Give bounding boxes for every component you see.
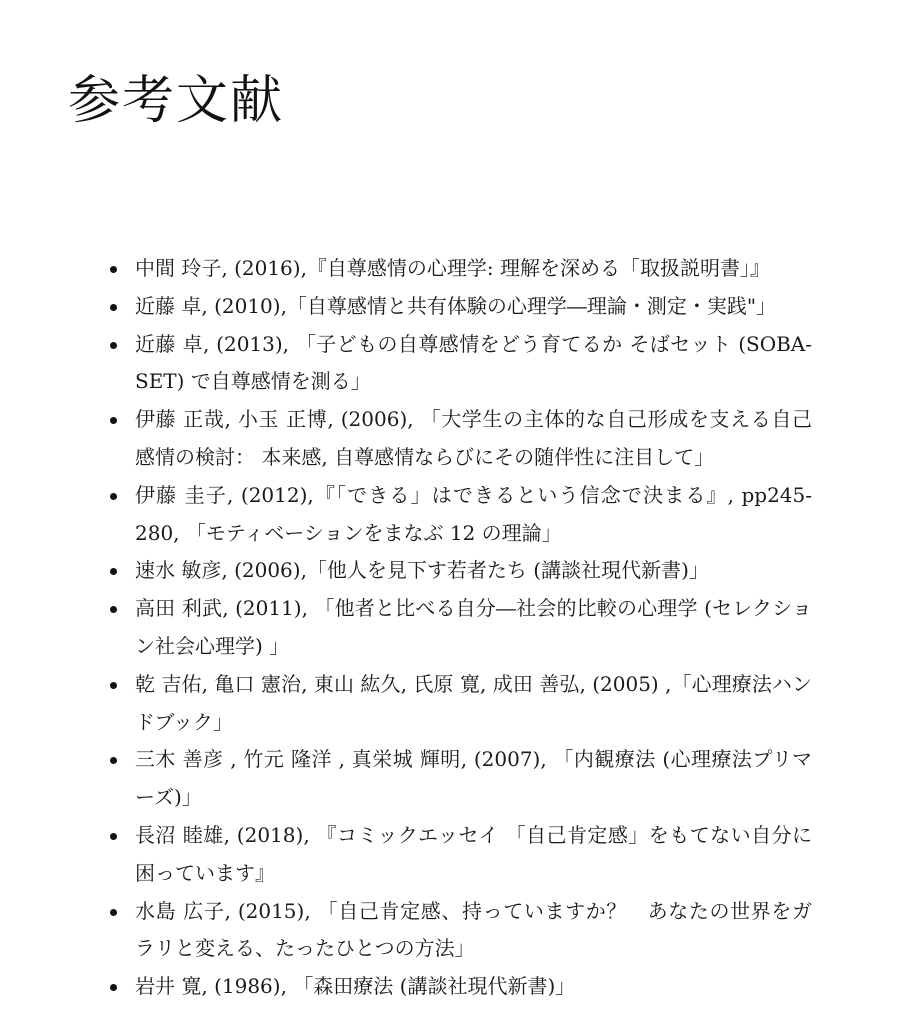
reference-text: 中間 玲子, (2016),『自尊感情の心理学: 理解を深める「取扱説明書」』	[135, 256, 770, 280]
reference-text: 伊藤 正哉, 小玉 正博, (2006), 「大学生の主体的な自己形成を支える自…	[135, 407, 812, 469]
list-item: 乾 吉佑, 亀口 憲治, 東山 紘久, 氏原 寛, 成田 善弘, (2005) …	[106, 666, 812, 742]
reference-text: 長沼 睦雄, (2018), 『コミックエッセイ 「自己肯定感」をもてない自分に…	[135, 823, 812, 885]
reference-list: 中間 玲子, (2016),『自尊感情の心理学: 理解を深める「取扱説明書」』 …	[106, 250, 812, 1006]
list-item: 三木 善彦 , 竹元 隆洋 , 真栄城 輝明, (2007), 「内観療法 (心…	[106, 741, 812, 817]
list-item: 速水 敏彦, (2006),「他人を見下す若者たち (講談社現代新書)」	[106, 552, 812, 590]
list-item: 伊藤 圭子, (2012),『「できる」はできるという信念で決まる』, pp24…	[106, 477, 812, 553]
bullet-icon	[110, 909, 117, 916]
reference-text: 速水 敏彦, (2006),「他人を見下す若者たち (講談社現代新書)」	[135, 558, 709, 582]
bullet-icon	[110, 833, 117, 840]
list-item: 高田 利武, (2011), 「他者と比べる自分―社会的比較の心理学 (セレクシ…	[106, 590, 812, 666]
list-item: 伊藤 正哉, 小玉 正博, (2006), 「大学生の主体的な自己形成を支える自…	[106, 401, 812, 477]
reference-text: 乾 吉佑, 亀口 憲治, 東山 紘久, 氏原 寛, 成田 善弘, (2005) …	[135, 672, 812, 734]
reference-text: 水島 広子, (2015), 「自己肯定感、持っていますか？ あなたの世界をガラ…	[135, 899, 812, 961]
bullet-icon	[110, 682, 117, 689]
reference-text: 近藤 卓, (2010),「自尊感情と共有体験の心理学―理論・測定・実践"」	[135, 294, 776, 318]
list-item: 近藤 卓, (2013), 「子どもの自尊感情をどう育てるか そばセット (SO…	[106, 326, 812, 402]
bullet-icon	[110, 342, 117, 349]
reference-text: 高田 利武, (2011), 「他者と比べる自分―社会的比較の心理学 (セレクシ…	[135, 596, 812, 658]
reference-text: 伊藤 圭子, (2012),『「できる」はできるという信念で決まる』, pp24…	[135, 483, 812, 545]
reference-text: 三木 善彦 , 竹元 隆洋 , 真栄城 輝明, (2007), 「内観療法 (心…	[135, 747, 812, 809]
document-page: 参考文献 中間 玲子, (2016),『自尊感情の心理学: 理解を深める「取扱説…	[0, 0, 917, 1024]
list-item: 水島 広子, (2015), 「自己肯定感、持っていますか？ あなたの世界をガラ…	[106, 893, 812, 969]
list-item: 近藤 卓, (2010),「自尊感情と共有体験の心理学―理論・測定・実践"」	[106, 288, 812, 326]
list-item: 岩井 寛, (1986), 「森田療法 (講談社現代新書)」	[106, 968, 812, 1006]
bullet-icon	[110, 568, 117, 575]
bullet-icon	[110, 304, 117, 311]
bullet-icon	[110, 493, 117, 500]
reference-text: 近藤 卓, (2013), 「子どもの自尊感情をどう育てるか そばセット (SO…	[135, 332, 812, 394]
list-item: 長沼 睦雄, (2018), 『コミックエッセイ 「自己肯定感」をもてない自分に…	[106, 817, 812, 893]
list-item: 中間 玲子, (2016),『自尊感情の心理学: 理解を深める「取扱説明書」』	[106, 250, 812, 288]
bullet-icon	[110, 757, 117, 764]
reference-text: 岩井 寛, (1986), 「森田療法 (講談社現代新書)」	[135, 974, 575, 998]
bullet-icon	[110, 266, 117, 273]
bullet-icon	[110, 984, 117, 991]
bullet-icon	[110, 417, 117, 424]
page-title: 参考文献	[68, 70, 284, 132]
bullet-icon	[110, 606, 117, 613]
